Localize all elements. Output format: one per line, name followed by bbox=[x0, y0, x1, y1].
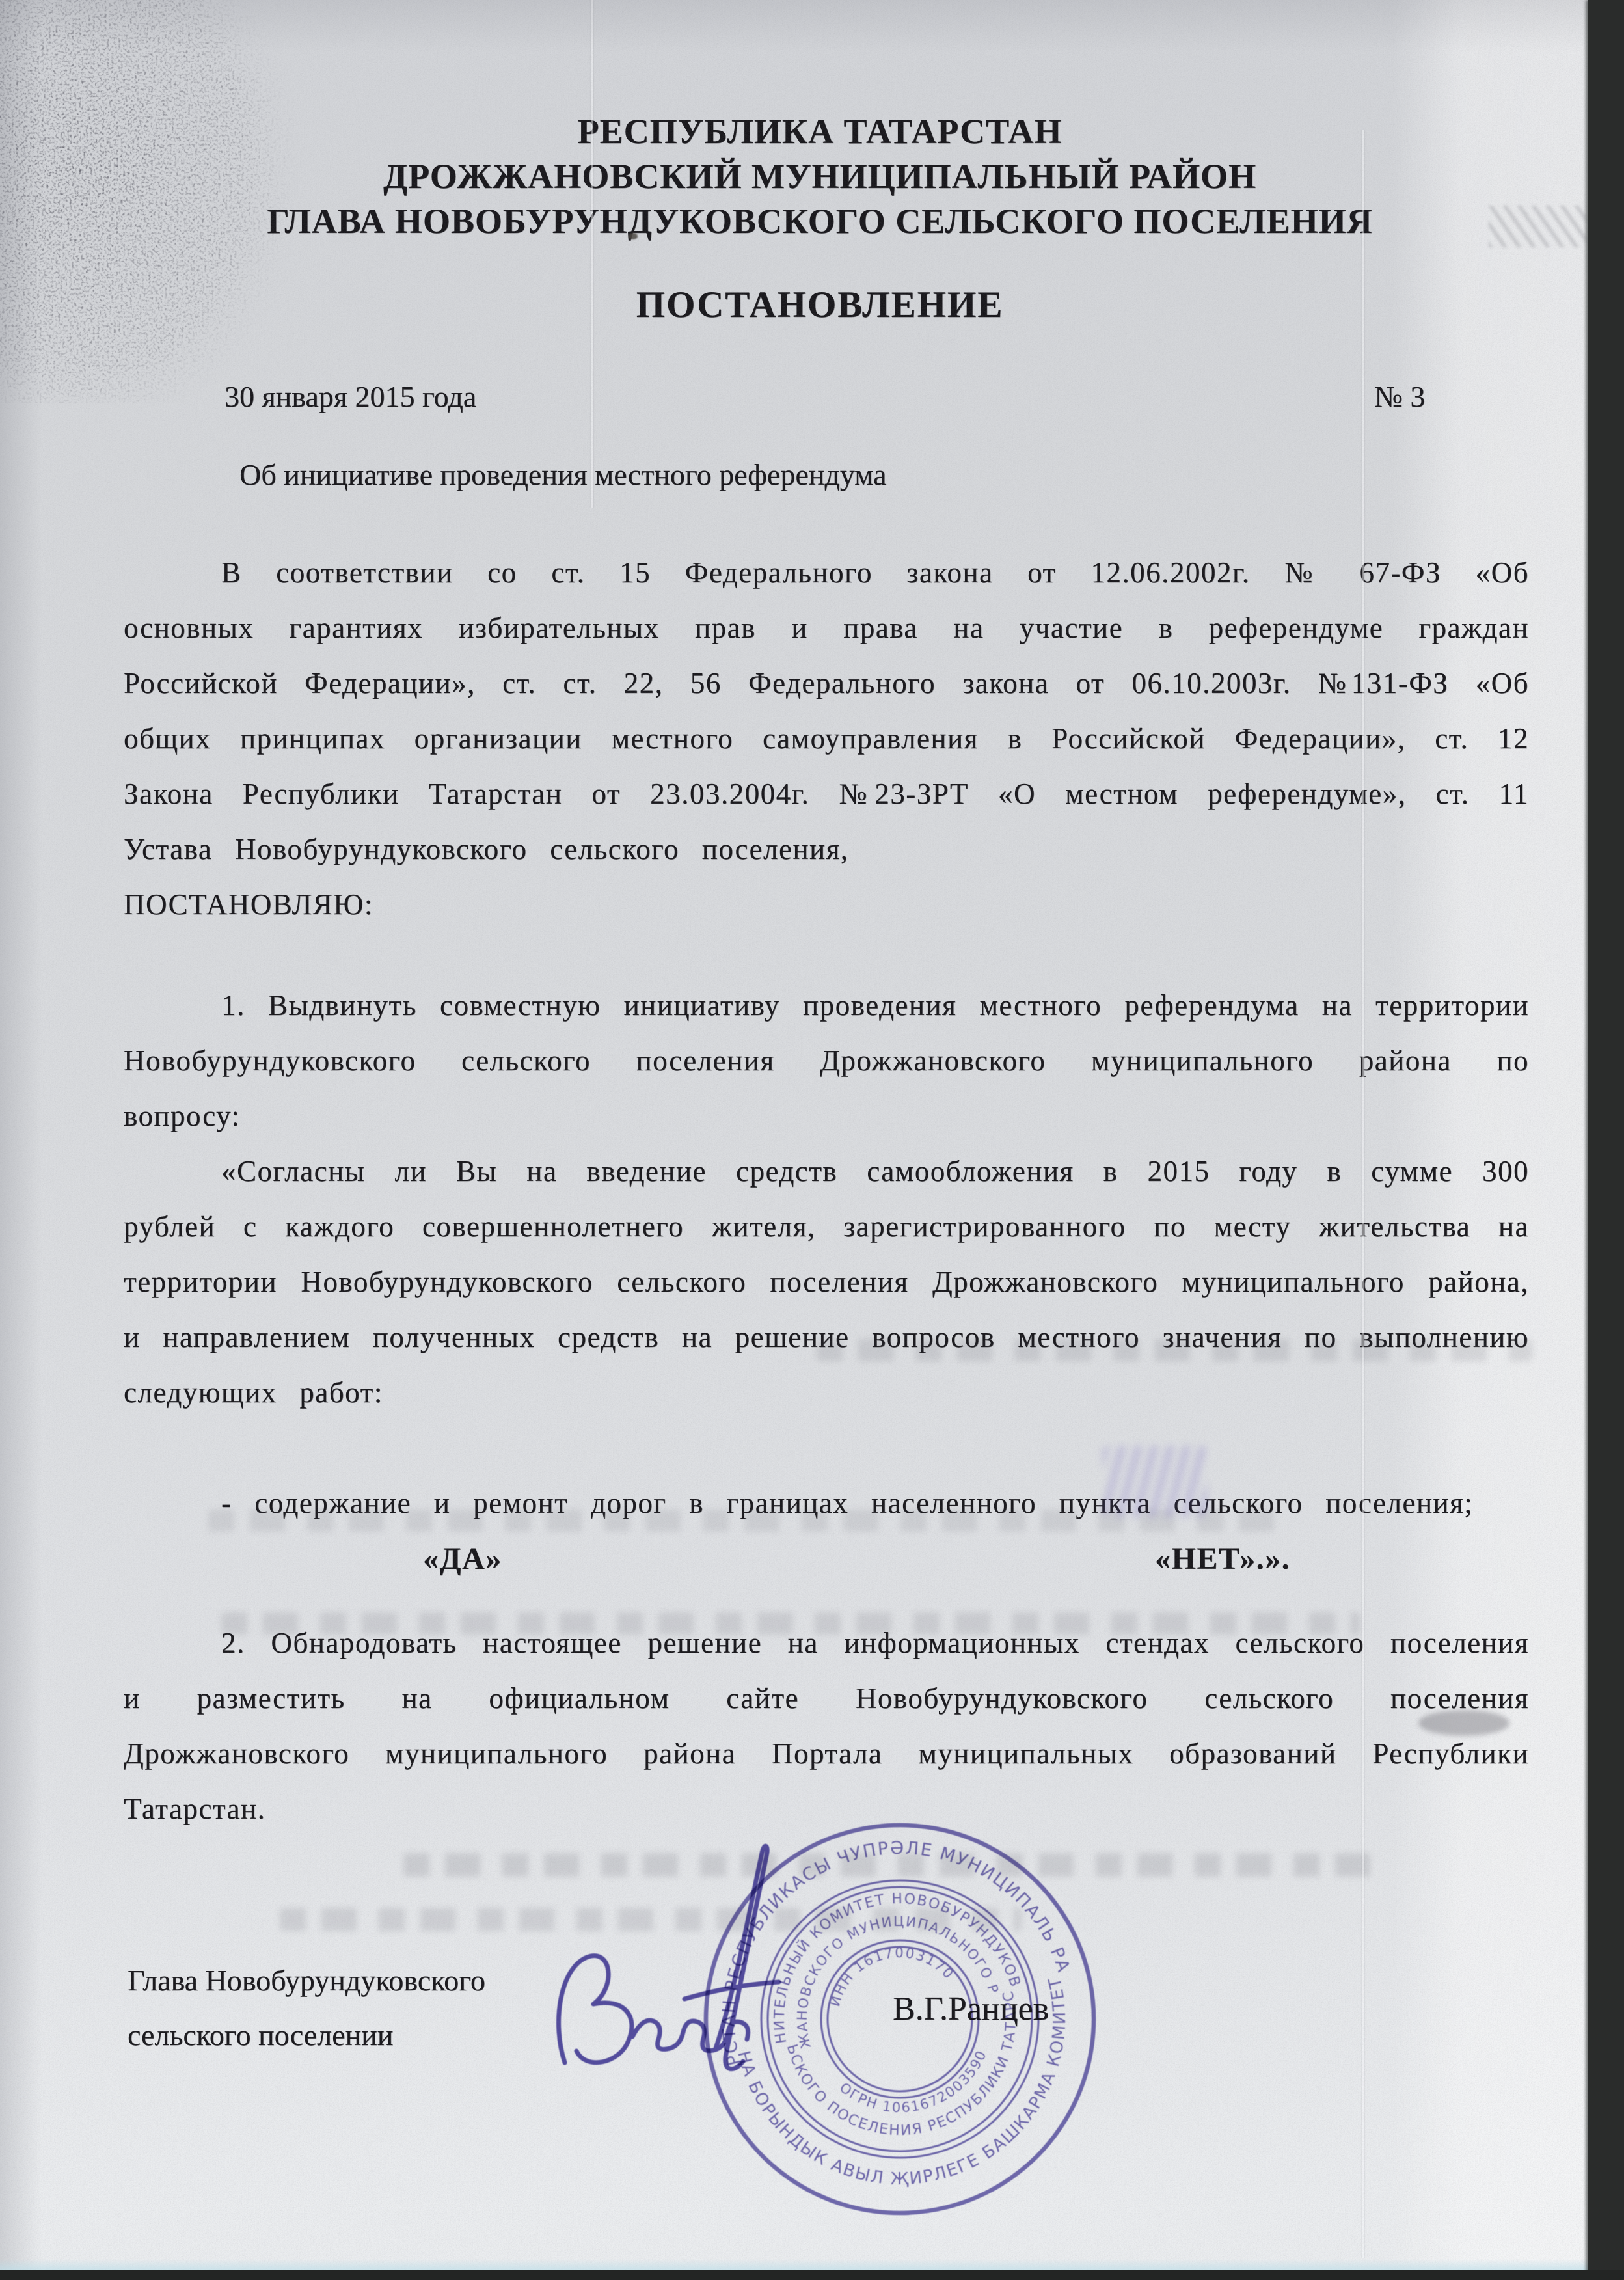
document-body: В соответствии со ст. 15 Федерального за… bbox=[124, 545, 1529, 1837]
scanner-edge-bottom bbox=[0, 2270, 1624, 2280]
resolve-keyword: ПОСТАНОВЛЯЮ: bbox=[124, 877, 1529, 932]
vote-options-row: «ДА» «НЕТ».». bbox=[124, 1531, 1529, 1586]
header-line-republic: РЕСПУБЛИКА ТАТАРСТАН bbox=[52, 109, 1588, 154]
document-subject: Об инициативе проведения местного рефере… bbox=[239, 457, 886, 492]
violet-bleed-mark bbox=[1103, 1446, 1207, 1517]
stamp-outer-circle bbox=[692, 1811, 1108, 2227]
vote-yes-label: «ДА» bbox=[423, 1531, 502, 1586]
document-header: РЕСПУБЛИКА ТАТАРСТАН ДРОЖЖАНОВСКИЙ МУНИЦ… bbox=[52, 109, 1588, 244]
bleed-ghost-line bbox=[221, 1612, 1360, 1635]
signer-post-line1: Глава Новобурундуковского bbox=[128, 1953, 485, 2008]
vote-no-label: «НЕТ».». bbox=[1155, 1531, 1290, 1586]
ink-smudge bbox=[1418, 1710, 1509, 1736]
header-line-district: ДРОЖЖАНОВСКИЙ МУНИЦИПАЛЬНЫЙ РАЙОН bbox=[52, 154, 1588, 199]
paper-crease-line bbox=[1362, 130, 1364, 2258]
toner-speck bbox=[629, 233, 638, 239]
paper-crease-line bbox=[591, 0, 593, 508]
item1-paragraph: 1. Выдвинуть совместную инициативу прове… bbox=[124, 978, 1529, 1144]
document-number: № 3 bbox=[1374, 379, 1425, 414]
doc-type-title: ПОСТАНОВЛЕНИЕ bbox=[52, 284, 1588, 326]
scanned-document-page: РЕСПУБЛИКА ТАТАРСТАН ДРОЖЖАНОВСКИЙ МУНИЦ… bbox=[0, 0, 1624, 2280]
item2-paragraph: 2. Обнародовать настоящее решение на инф… bbox=[124, 1616, 1529, 1837]
preamble-paragraph: В соответствии со ст. 15 Федерального за… bbox=[124, 545, 1529, 877]
scan-hatch-mark bbox=[1489, 206, 1586, 247]
referendum-question-paragraph: «Согласны ли Вы на введение средств само… bbox=[124, 1144, 1529, 1420]
document-date: 30 января 2015 года bbox=[224, 379, 476, 414]
official-round-stamp: ТАТАРСТАН РЕСПУБЛИКАСЫ ЧУПРӘЛЕ МУНИЦИПАЛ… bbox=[692, 1811, 1108, 2227]
signer-post-line2: сельского поселении bbox=[128, 2008, 485, 2063]
header-line-settlement-head: ГЛАВА НОВОБУРУНДУКОВСКОГО СЕЛЬСКОГО ПОСЕ… bbox=[52, 199, 1588, 244]
bleed-ghost-line bbox=[817, 1339, 1532, 1361]
signer-post: Глава Новобурундуковского сельского посе… bbox=[128, 1953, 485, 2063]
scanner-edge-right bbox=[1588, 0, 1624, 2280]
